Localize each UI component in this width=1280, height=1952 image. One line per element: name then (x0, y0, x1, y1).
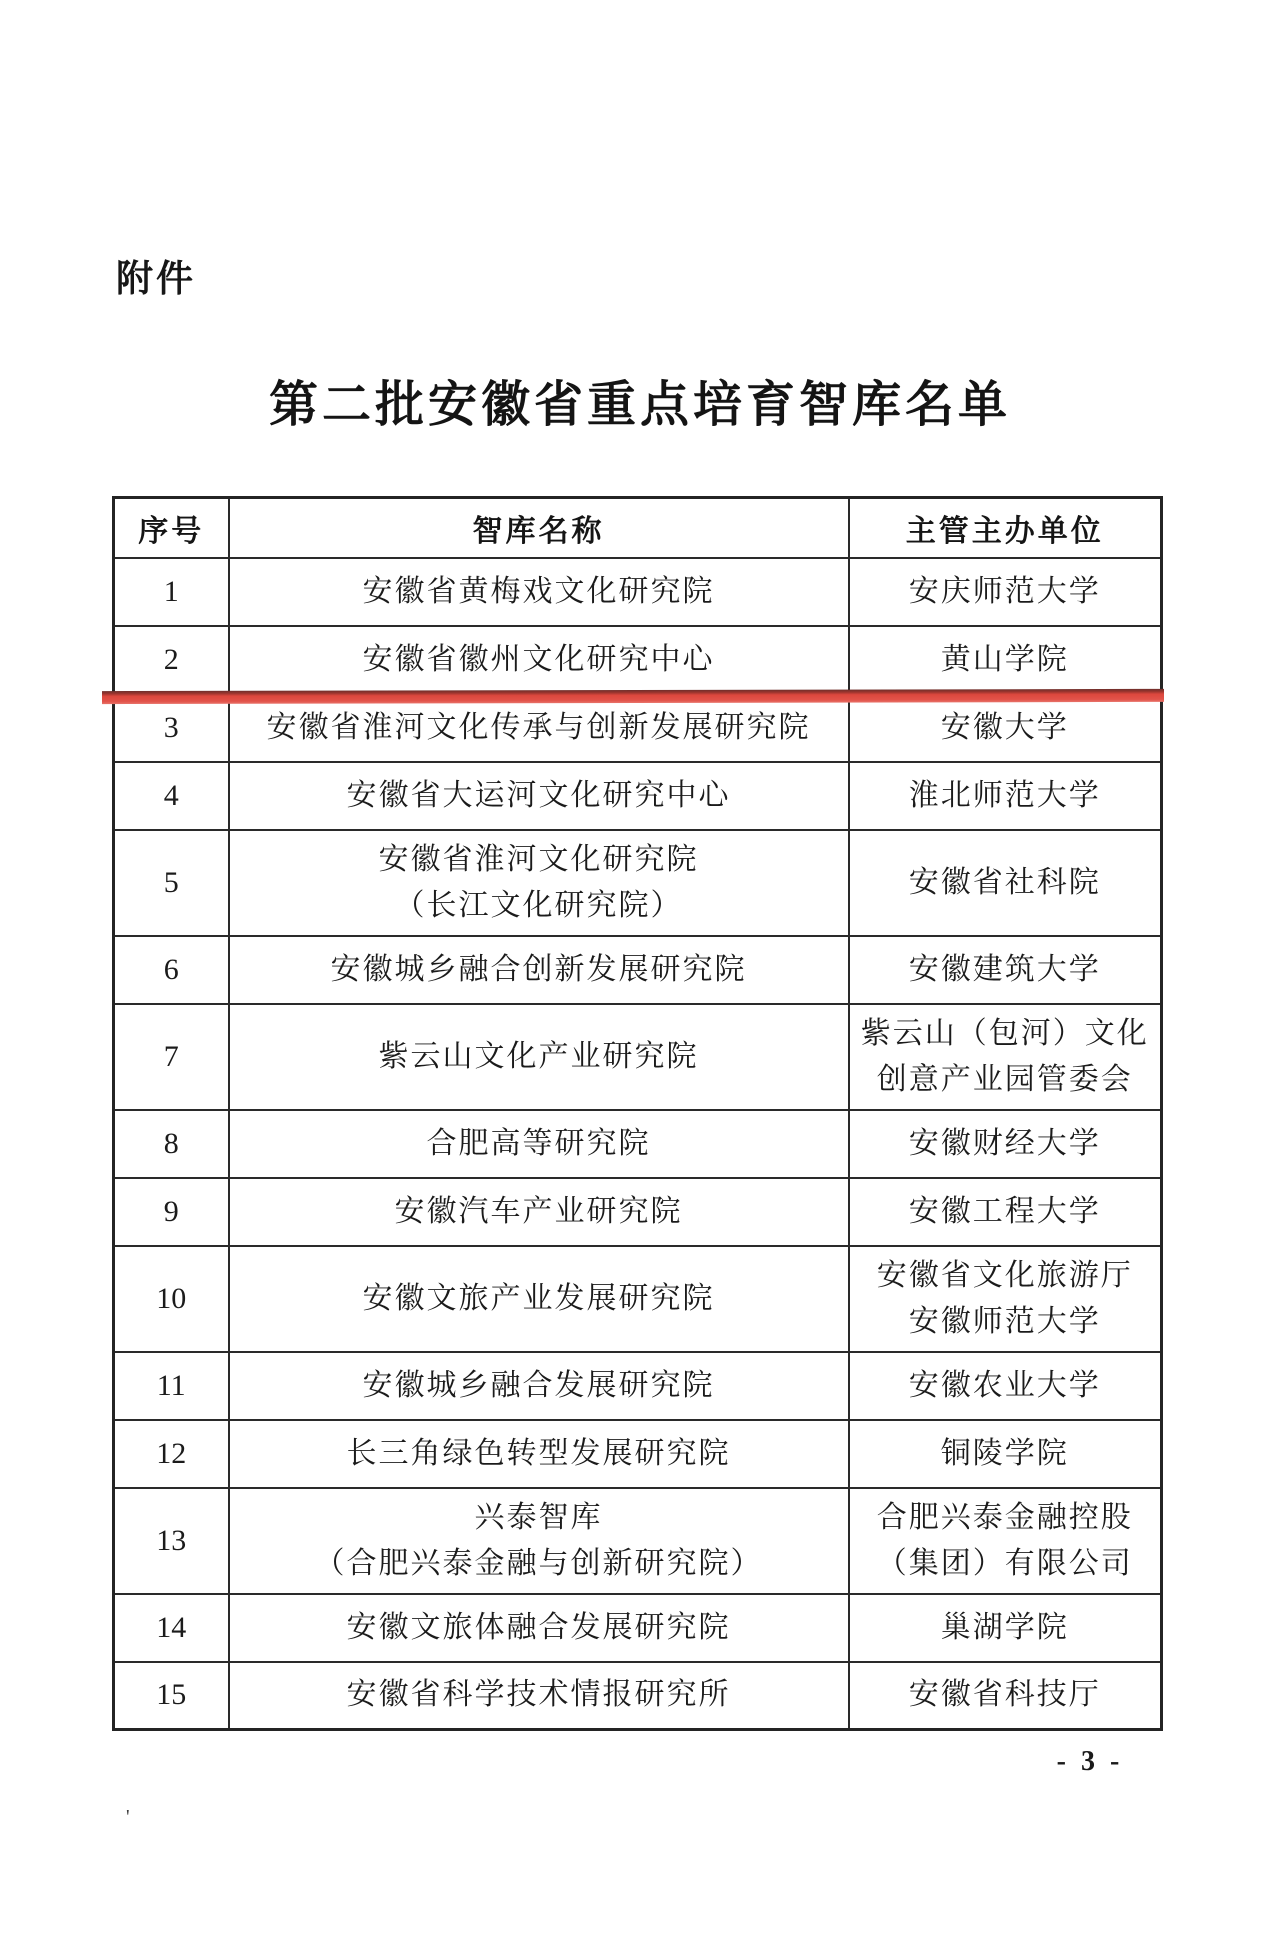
supervisor-unit-cell: 合肥兴泰金融控股（集团）有限公司 (849, 1488, 1162, 1594)
cell-text-line: 15 (115, 1672, 228, 1718)
cell-text-line: 安徽师范大学 (850, 1299, 1161, 1345)
think-tank-name-cell: 安徽城乡融合创新发展研究院 (229, 936, 849, 1004)
supervisor-unit-cell: 紫云山（包河）文化创意产业园管委会 (849, 1004, 1162, 1110)
table-row: 6安徽城乡融合创新发展研究院安徽建筑大学 (114, 936, 1162, 1004)
table-row: 2安徽省徽州文化研究中心黄山学院 (114, 626, 1162, 694)
row-number-cell: 12 (114, 1420, 229, 1488)
row-number-cell: 5 (114, 830, 229, 936)
cell-text-line: 11 (115, 1363, 228, 1409)
row-number-cell: 10 (114, 1246, 229, 1352)
think-tank-name-cell: 安徽汽车产业研究院 (229, 1178, 849, 1246)
cell-text-line: 12 (115, 1431, 228, 1477)
table-header-row: 序号 智库名称 主管主办单位 (114, 498, 1162, 558)
column-header-name: 智库名称 (229, 498, 849, 558)
cell-text-line: 安徽文旅产业发展研究院 (230, 1276, 848, 1322)
cell-text-line: 安徽工程大学 (850, 1189, 1161, 1235)
cell-text-line: 安徽城乡融合创新发展研究院 (230, 947, 848, 993)
cell-text-line: 安徽省黄梅戏文化研究院 (230, 569, 848, 615)
think-tank-name-cell: 安徽省淮河文化研究院（长江文化研究院） (229, 830, 849, 936)
page-number: - 3 - (1010, 1746, 1170, 1778)
cell-text-line: 安徽省文化旅游厅 (850, 1253, 1161, 1299)
cell-text-line: 4 (115, 773, 228, 819)
cell-text-line: 安徽城乡融合发展研究院 (230, 1363, 848, 1409)
supervisor-unit-cell: 淮北师范大学 (849, 762, 1162, 830)
table-row: 15安徽省科学技术情报研究所安徽省科技厅 (114, 1662, 1162, 1730)
cell-text-line: 安徽财经大学 (850, 1121, 1161, 1167)
table-row: 13兴泰智库（合肥兴泰金融与创新研究院）合肥兴泰金融控股（集团）有限公司 (114, 1488, 1162, 1594)
cell-text-line: 安徽省淮河文化研究院 (230, 837, 848, 883)
red-underline-annotation (102, 689, 1164, 704)
cell-text-line: 安徽省大运河文化研究中心 (230, 773, 848, 819)
think-tank-name-cell: 安徽省徽州文化研究中心 (229, 626, 849, 694)
cell-text-line: 10 (115, 1276, 228, 1322)
think-tank-table: 序号 智库名称 主管主办单位 1安徽省黄梅戏文化研究院安庆师范大学2安徽省徽州文… (112, 496, 1163, 1731)
row-number-cell: 7 (114, 1004, 229, 1110)
table-row: 4安徽省大运河文化研究中心淮北师范大学 (114, 762, 1162, 830)
cell-text-line: 淮北师范大学 (850, 773, 1161, 819)
think-tank-name-cell: 安徽文旅产业发展研究院 (229, 1246, 849, 1352)
think-tank-name-cell: 安徽文旅体融合发展研究院 (229, 1594, 849, 1662)
think-tank-name-cell: 安徽省黄梅戏文化研究院 (229, 558, 849, 626)
think-tank-name-cell: 兴泰智库（合肥兴泰金融与创新研究院） (229, 1488, 849, 1594)
cell-text-line: 安庆师范大学 (850, 569, 1161, 615)
cell-text-line: （合肥兴泰金融与创新研究院） (230, 1541, 848, 1587)
cell-text-line: 紫云山（包河）文化 (850, 1011, 1161, 1057)
cell-text-line: 安徽省科技厅 (850, 1672, 1161, 1718)
table-row: 12长三角绿色转型发展研究院铜陵学院 (114, 1420, 1162, 1488)
cell-text-line: 7 (115, 1034, 228, 1080)
row-number-cell: 8 (114, 1110, 229, 1178)
think-tank-name-cell: 安徽省科学技术情报研究所 (229, 1662, 849, 1730)
table-row: 7紫云山文化产业研究院紫云山（包河）文化创意产业园管委会 (114, 1004, 1162, 1110)
supervisor-unit-cell: 安徽农业大学 (849, 1352, 1162, 1420)
table-body: 1安徽省黄梅戏文化研究院安庆师范大学2安徽省徽州文化研究中心黄山学院3安徽省淮河… (114, 558, 1162, 1730)
column-header-number: 序号 (114, 498, 229, 558)
cell-text-line: 长三角绿色转型发展研究院 (230, 1431, 848, 1477)
column-header-supervisor: 主管主办单位 (849, 498, 1162, 558)
cell-text-line: 13 (115, 1518, 228, 1564)
cell-text-line: 6 (115, 947, 228, 993)
cell-text-line: 9 (115, 1189, 228, 1235)
cell-text-line: 1 (115, 569, 228, 615)
table-row: 11安徽城乡融合发展研究院安徽农业大学 (114, 1352, 1162, 1420)
cell-text-line: 安徽汽车产业研究院 (230, 1189, 848, 1235)
cell-text-line: 巢湖学院 (850, 1605, 1161, 1651)
cell-text-line: 安徽大学 (850, 705, 1161, 751)
supervisor-unit-cell: 黄山学院 (849, 626, 1162, 694)
think-tank-name-cell: 紫云山文化产业研究院 (229, 1004, 849, 1110)
cell-text-line: （集团）有限公司 (850, 1541, 1161, 1587)
cell-text-line: 安徽文旅体融合发展研究院 (230, 1605, 848, 1651)
think-tank-name-cell: 安徽省大运河文化研究中心 (229, 762, 849, 830)
cell-text-line: 5 (115, 860, 228, 906)
page-title: 第二批安徽省重点培育智库名单 (0, 366, 1280, 436)
table-row: 9安徽汽车产业研究院安徽工程大学 (114, 1178, 1162, 1246)
cell-text-line: 铜陵学院 (850, 1431, 1161, 1477)
cell-text-line: 黄山学院 (850, 637, 1161, 683)
cell-text-line: 安徽省科学技术情报研究所 (230, 1672, 848, 1718)
table-row: 5安徽省淮河文化研究院（长江文化研究院）安徽省社科院 (114, 830, 1162, 936)
cell-text-line: 3 (115, 705, 228, 751)
row-number-cell: 14 (114, 1594, 229, 1662)
cell-text-line: 14 (115, 1605, 228, 1651)
cell-text-line: 8 (115, 1121, 228, 1167)
row-number-cell: 2 (114, 626, 229, 694)
cell-text-line: 合肥高等研究院 (230, 1121, 848, 1167)
attachment-label: 附件 (116, 248, 196, 302)
cell-text-line: 安徽建筑大学 (850, 947, 1161, 993)
supervisor-unit-cell: 安徽建筑大学 (849, 936, 1162, 1004)
scan-stray-mark: ' (126, 1806, 130, 1829)
cell-text-line: 紫云山文化产业研究院 (230, 1034, 848, 1080)
cell-text-line: 2 (115, 637, 228, 683)
row-number-cell: 4 (114, 762, 229, 830)
supervisor-unit-cell: 巢湖学院 (849, 1594, 1162, 1662)
think-tank-name-cell: 安徽城乡融合发展研究院 (229, 1352, 849, 1420)
supervisor-unit-cell: 安徽省文化旅游厅安徽师范大学 (849, 1246, 1162, 1352)
cell-text-line: 安徽省社科院 (850, 860, 1161, 906)
cell-text-line: 创意产业园管委会 (850, 1057, 1161, 1103)
cell-text-line: 安徽农业大学 (850, 1363, 1161, 1409)
supervisor-unit-cell: 安庆师范大学 (849, 558, 1162, 626)
supervisor-unit-cell: 铜陵学院 (849, 1420, 1162, 1488)
think-tank-name-cell: 长三角绿色转型发展研究院 (229, 1420, 849, 1488)
row-number-cell: 9 (114, 1178, 229, 1246)
row-number-cell: 6 (114, 936, 229, 1004)
cell-text-line: 安徽省淮河文化传承与创新发展研究院 (230, 705, 848, 751)
table-row: 14安徽文旅体融合发展研究院巢湖学院 (114, 1594, 1162, 1662)
supervisor-unit-cell: 安徽工程大学 (849, 1178, 1162, 1246)
supervisor-unit-cell: 安徽大学 (849, 694, 1162, 762)
row-number-cell: 13 (114, 1488, 229, 1594)
table-row: 10安徽文旅产业发展研究院安徽省文化旅游厅安徽师范大学 (114, 1246, 1162, 1352)
row-number-cell: 15 (114, 1662, 229, 1730)
cell-text-line: 合肥兴泰金融控股 (850, 1495, 1161, 1541)
think-tank-name-cell: 安徽省淮河文化传承与创新发展研究院 (229, 694, 849, 762)
think-tank-name-cell: 合肥高等研究院 (229, 1110, 849, 1178)
table-row: 1安徽省黄梅戏文化研究院安庆师范大学 (114, 558, 1162, 626)
supervisor-unit-cell: 安徽省社科院 (849, 830, 1162, 936)
cell-text-line: （长江文化研究院） (230, 883, 848, 929)
table-row: 8合肥高等研究院安徽财经大学 (114, 1110, 1162, 1178)
supervisor-unit-cell: 安徽财经大学 (849, 1110, 1162, 1178)
cell-text-line: 兴泰智库 (230, 1495, 848, 1541)
supervisor-unit-cell: 安徽省科技厅 (849, 1662, 1162, 1730)
cell-text-line: 安徽省徽州文化研究中心 (230, 637, 848, 683)
row-number-cell: 11 (114, 1352, 229, 1420)
row-number-cell: 1 (114, 558, 229, 626)
